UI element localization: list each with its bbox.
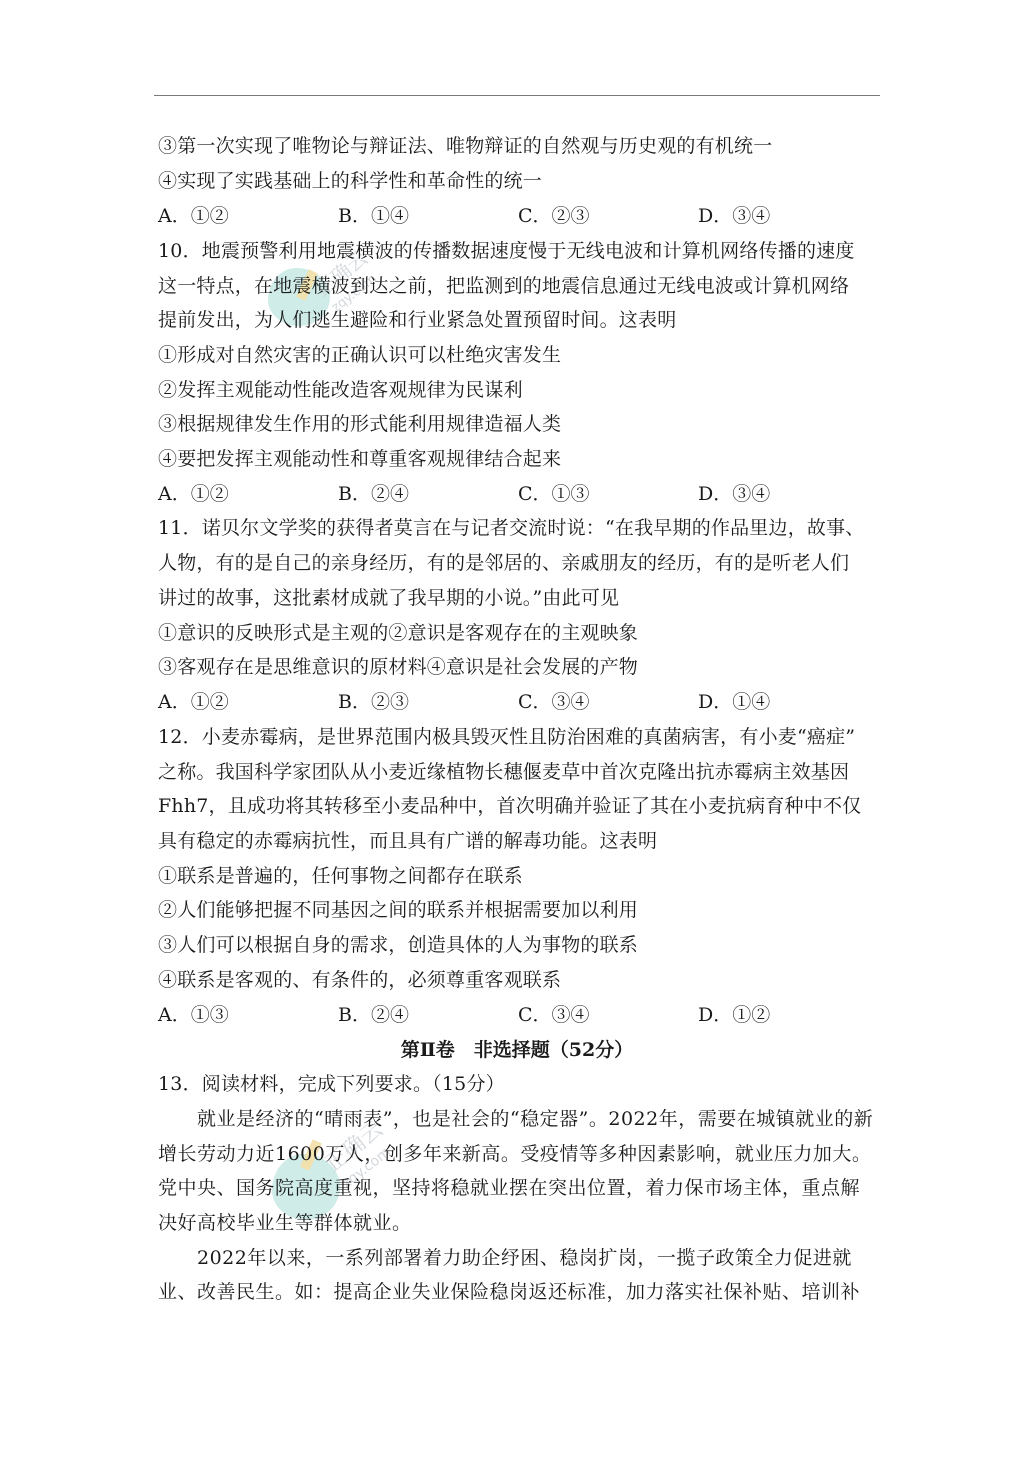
- q10-option-a: A．①②: [158, 482, 229, 506]
- q11-option-c: C．③④: [518, 690, 590, 714]
- q12-stem-line-1: 12．小麦赤霉病，是世界范围内极具毁灭性且防治困难的真菌病害，有小麦“癌症”: [158, 725, 855, 749]
- q11-items-line-2: ③客观存在是思维意识的原材料④意识是社会发展的产物: [158, 655, 638, 679]
- q10-item-2: ②发挥主观能动性能改造客观规律为民谋利: [158, 378, 523, 402]
- q13-para1-line-1: 就业是经济的“晴雨表”，也是社会的“稳定器”。2022年，需要在城镇就业的新: [158, 1107, 908, 1131]
- q11-stem-line-1: 11．诺贝尔文学奖的获得者莫言在与记者交流时说：“在我早期的作品里边，故事、: [158, 516, 865, 540]
- q12-stem-line-2: 之称。我国科学家团队从小麦近缘植物长穗偃麦草中首次克隆出抗赤霉病主效基因: [158, 760, 849, 784]
- q10-stem-line-3: 提前发出，为人们逃生避险和行业紧急处置预留时间。这表明: [158, 308, 676, 332]
- q13-para2-line-1: 2022年以来，一系列部署着力助企纾困、稳岗扩岗，一揽子政策全力促进就: [158, 1246, 908, 1270]
- q11-option-d: D．①④: [698, 690, 770, 714]
- q10-option-c: C．①③: [518, 482, 590, 506]
- q13-para1-line-3: 党中央、国务院高度重视，坚持将稳就业摆在突出位置，着力保市场主体，重点解: [158, 1176, 908, 1200]
- q10-option-b: B．②④: [338, 482, 409, 506]
- q12-option-b: B．②④: [338, 1003, 409, 1027]
- q12-item-1: ①联系是普遍的，任何事物之间都存在联系: [158, 864, 523, 888]
- q12-option-c: C．③④: [518, 1003, 590, 1027]
- q11-option-b: B．②③: [338, 690, 409, 714]
- q10-option-d: D．③④: [698, 482, 770, 506]
- q12-stem-line-3: Fhh7，且成功将其转移至小麦品种中，首次明确并验证了其在小麦抗病育种中不仅: [158, 794, 861, 818]
- q12-item-2: ②人们能够把握不同基因之间的联系并根据需要加以利用: [158, 898, 638, 922]
- q13-para1-line-4: 决好高校毕业生等群体就业。: [158, 1211, 908, 1235]
- q12-stem-line-4: 具有稳定的赤霉病抗性，而且具有广谱的解毒功能。这表明: [158, 829, 657, 853]
- q11-stem-line-3: 讲过的故事，这批素材成就了我早期的小说。”由此可见: [158, 586, 619, 610]
- q9-option-c: C．②③: [518, 204, 590, 228]
- q10-item-4: ④要把发挥主观能动性和尊重客观规律结合起来: [158, 447, 561, 471]
- q11-stem-line-2: 人物，有的是自己的亲身经历，有的是邻居的、亲戚朋友的经历，有的是听老人们: [158, 551, 849, 575]
- q10-stem-line-2: 这一特点，在地震横波到达之前，把监测到的地震信息通过无线电波或计算机网络: [158, 274, 849, 298]
- q11-option-a: A．①②: [158, 690, 229, 714]
- q9-option-d: D．③④: [698, 204, 770, 228]
- q13-stem: 13．阅读材料，完成下列要求。（15分）: [158, 1072, 505, 1096]
- q10-item-1: ①形成对自然灾害的正确认识可以杜绝灾害发生: [158, 343, 561, 367]
- header-rule: [154, 95, 880, 96]
- q9-item-3: ③第一次实现了唯物论与辩证法、唯物辩证的自然观与历史观的有机统一: [158, 134, 772, 158]
- q12-option-a: A．①③: [158, 1003, 229, 1027]
- q12-item-4: ④联系是客观的、有条件的，必须尊重客观联系: [158, 968, 561, 992]
- q10-stem-line-1: 10．地震预警利用地震横波的传播数据速度慢于无线电波和计算机网络传播的速度: [158, 239, 855, 263]
- q9-item-4: ④实现了实践基础上的科学性和革命性的统一: [158, 169, 542, 193]
- q12-option-d: D．①②: [698, 1003, 770, 1027]
- q9-option-a: A．①②: [158, 204, 229, 228]
- section-title: 第Ⅱ卷 非选择题（52分）: [0, 1038, 1034, 1062]
- q9-option-b: B．①④: [338, 204, 409, 228]
- q10-item-3: ③根据规律发生作用的形式能利用规律造福人类: [158, 412, 561, 436]
- q13-para1-line-2: 增长劳动力近1600万人，创多年来新高。受疫情等多种因素影响，就业压力加大。: [158, 1142, 908, 1166]
- q11-items-line-1: ①意识的反映形式是主观的②意识是客观存在的主观映象: [158, 621, 638, 645]
- q12-item-3: ③人们可以根据自身的需求，创造具体的人为事物的联系: [158, 933, 638, 957]
- q13-para2-line-2: 业、改善民生。如：提高企业失业保险稳岗返还标准，加力落实社保补贴、培训补: [158, 1280, 908, 1304]
